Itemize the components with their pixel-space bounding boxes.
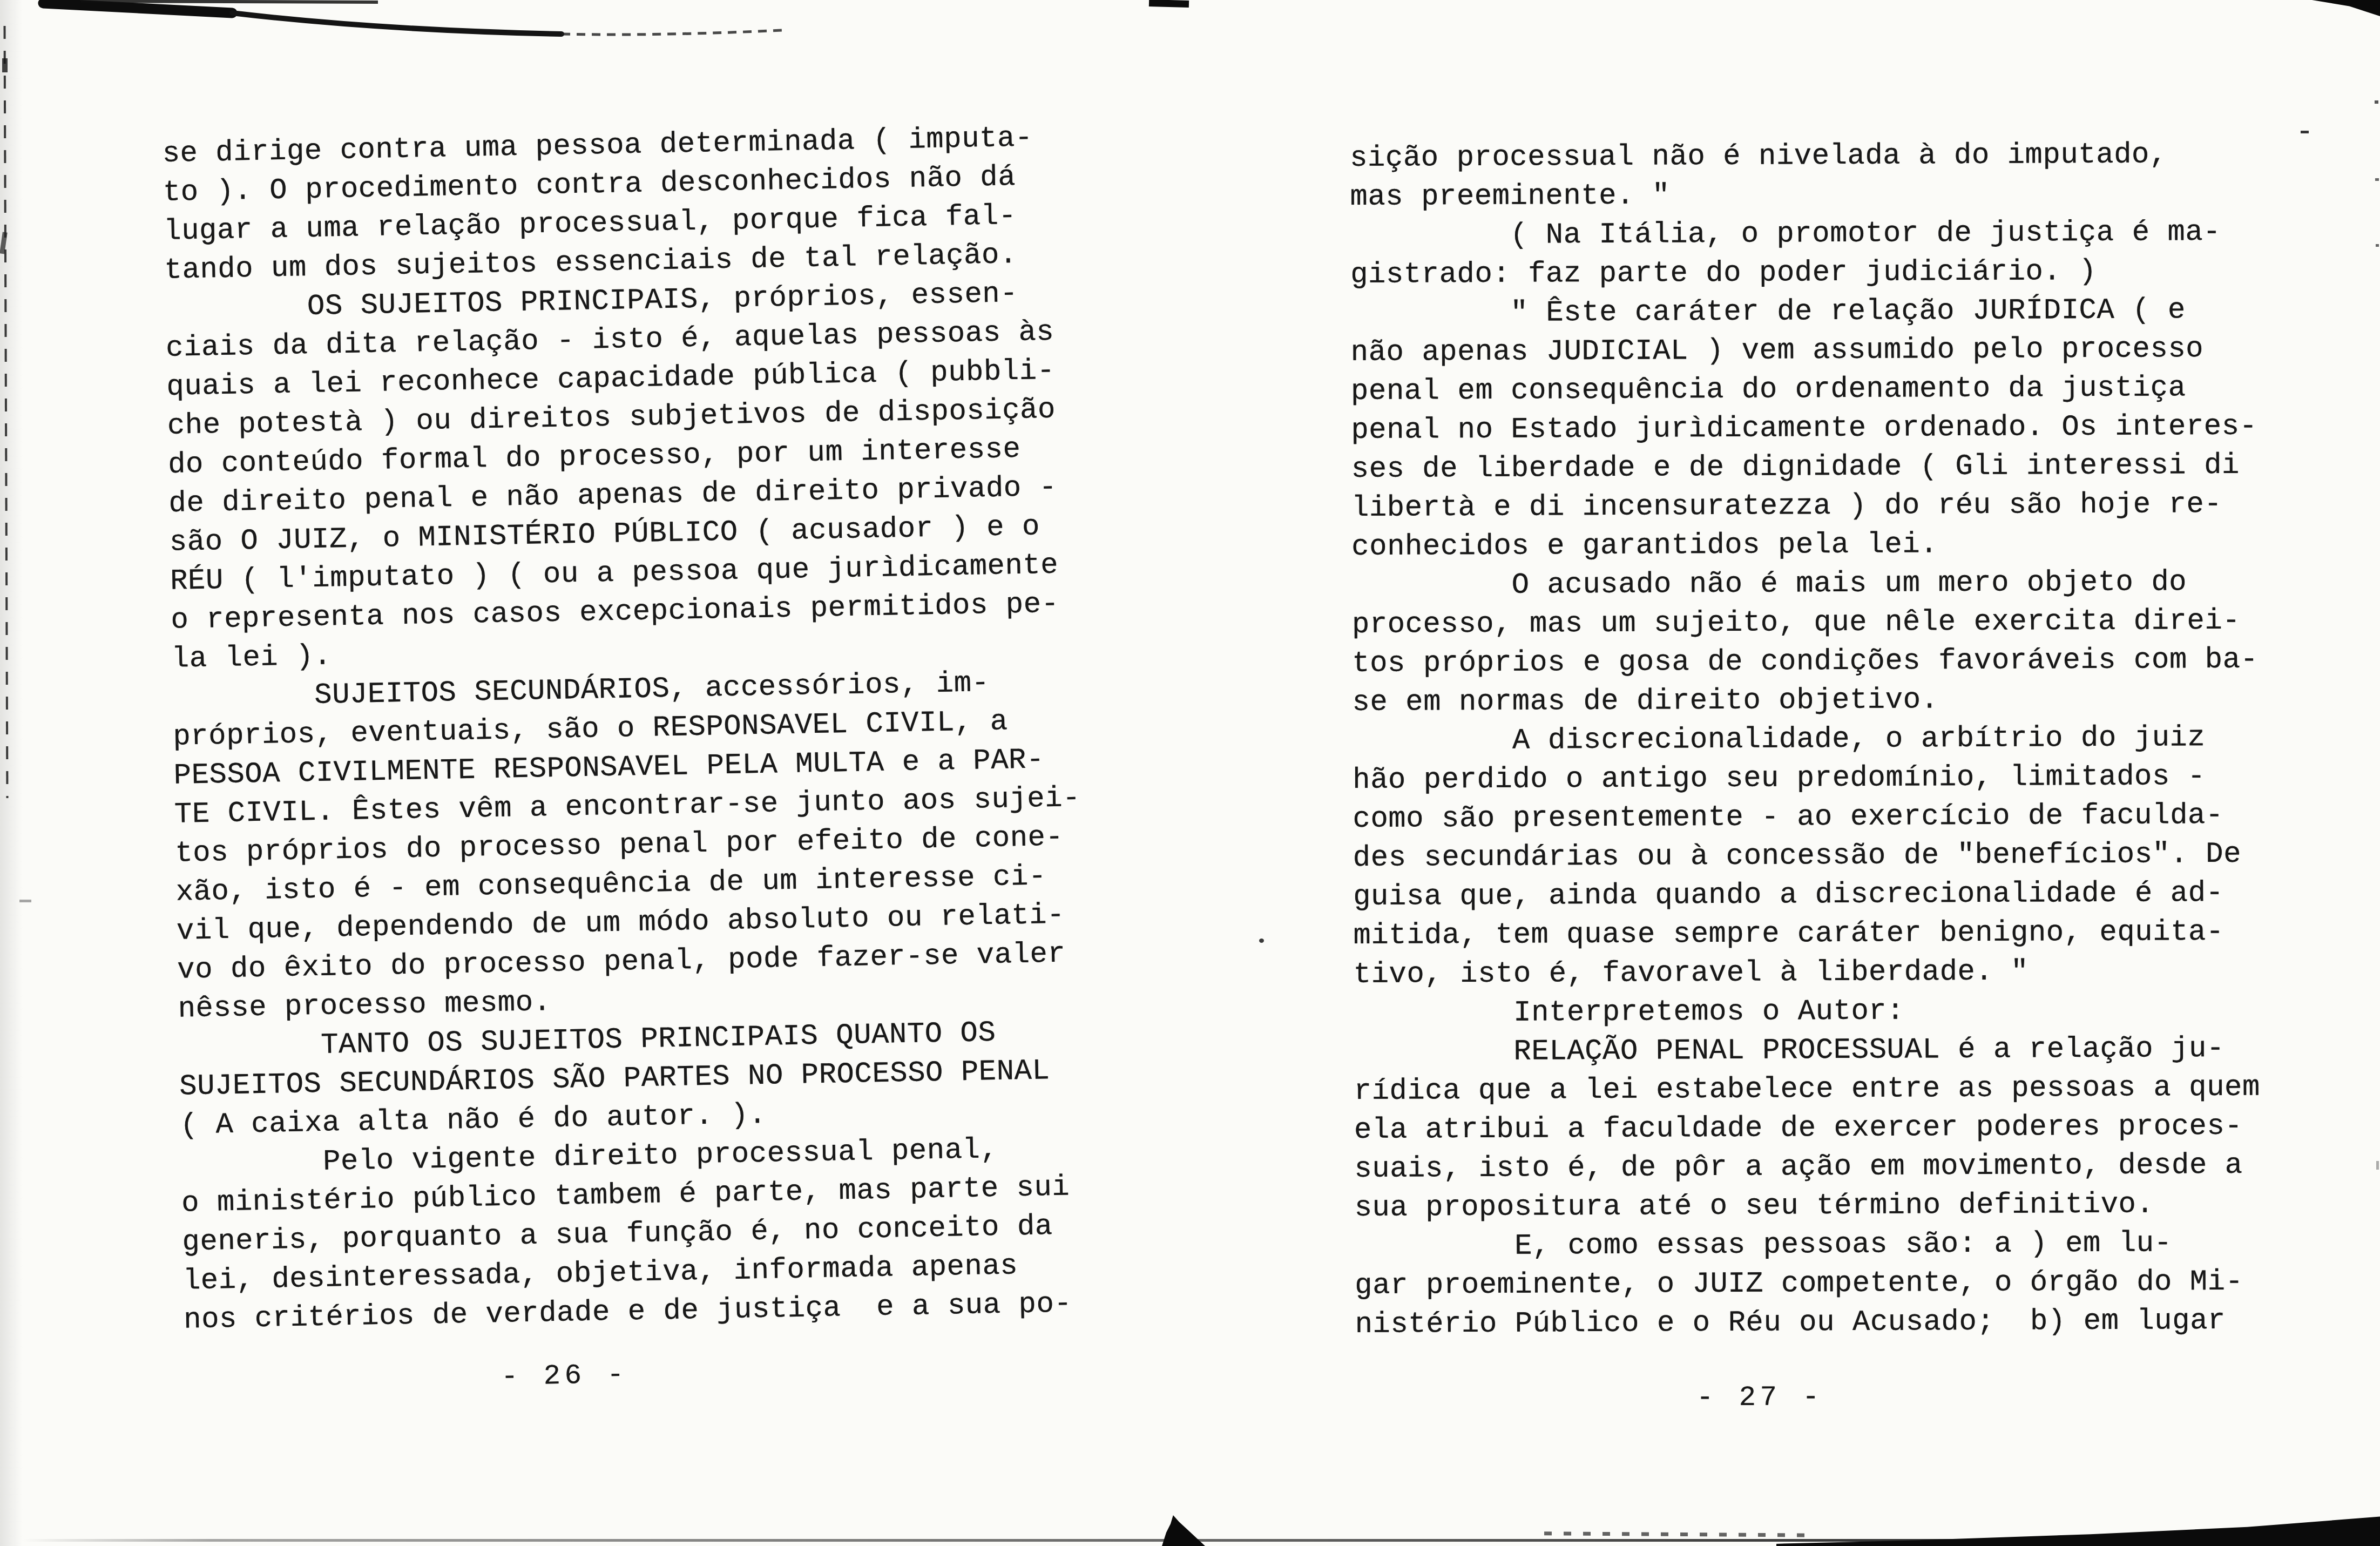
scan-left-edge-line	[4, 26, 9, 798]
text-line: penal no Estado jurìdicamente ordenado. …	[1351, 407, 2280, 450]
text-line: ela atribui a faculdade de exercer poder…	[1354, 1107, 2283, 1150]
scanned-book-spread: { "scan": { "paper_color": "#fbfbf8", "i…	[0, 0, 2380, 1546]
text-line: guisa que, ainda quando a discrecionalid…	[1353, 874, 2282, 917]
text-line: conhecidos e garantidos pela lei.	[1351, 524, 2280, 567]
text-line: se em normas de direito objetivo.	[1352, 679, 2281, 723]
scan-left-gray-band	[0, 0, 23, 1546]
text-line: " Êste caráter de relação JURÍDICA ( e	[1350, 291, 2279, 334]
scan-bottom-edge-line	[22, 1539, 2380, 1542]
scan-bottom-right-wedge	[1776, 1509, 2380, 1546]
scan-speck	[2301, 131, 2309, 133]
page-left: se dirige contra uma pessoa determinada …	[162, 118, 1113, 1340]
scan-speck	[2376, 1161, 2379, 1170]
text-line: gistrado: faz parte do poder judiciário.…	[1350, 252, 2279, 295]
text-line: não apenas JUDICIAL ) vem assumido pelo …	[1351, 329, 2280, 373]
page-right-text: sição processual não é nivelada à do imp…	[1350, 135, 2284, 1344]
scan-speck	[19, 900, 31, 902]
text-line: A discrecionalidade, o arbítrio do juiz	[1353, 718, 2281, 761]
page-right: sição processual não é nivelada à do imp…	[1350, 135, 2284, 1344]
text-line: tos próprios e gosa de condições favoráv…	[1352, 640, 2281, 684]
scan-speck	[0, 232, 8, 254]
page-number-right: - 27 -	[1696, 1381, 1823, 1414]
text-line: mitida, tem quase sempre caráter benigno…	[1353, 913, 2282, 956]
scan-speck	[2375, 100, 2378, 104]
text-line: ( Na Itália, o promotor de justiça é ma-	[1350, 213, 2279, 256]
text-line: sição processual não é nivelada à do imp…	[1350, 135, 2278, 178]
text-line: rídica que a lei estabelece entre as pes…	[1354, 1068, 2283, 1111]
scan-speck	[2, 58, 8, 72]
text-line: gar proeminente, o JUIZ competente, o ór…	[1355, 1263, 2283, 1306]
text-line: tivo, isto é, favoravel à liberdade. "	[1354, 951, 2282, 995]
text-line: des secundárias ou à concessão de "benef…	[1353, 835, 2282, 878]
text-line: como são presentemente - ao exercício de…	[1353, 796, 2281, 839]
text-line: hão perdido o antigo seu predomínio, lim…	[1353, 757, 2281, 800]
text-line: E, como essas pessoas são: a ) em lu-	[1355, 1224, 2283, 1267]
scan-top-dash	[1149, 0, 1189, 8]
scan-top-right-wedge	[2312, 0, 2380, 16]
text-line: libertà e di incensuratezza ) do réu são…	[1351, 485, 2280, 528]
scan-top-left-streak	[32, 0, 842, 59]
text-line: Interpretemos o Autor:	[1354, 990, 2282, 1034]
text-line: suais, isto é, de pôr a ação em moviment…	[1354, 1146, 2283, 1189]
text-line: ses de liberdade e de dignidade ( Gli in…	[1351, 446, 2280, 489]
text-line: O acusado não é mais um mero objeto do	[1351, 563, 2280, 606]
scan-bottom-speckles	[1544, 1531, 1814, 1537]
scan-bottom-blob	[1162, 1515, 1205, 1546]
page-left-text: se dirige contra uma pessoa determinada …	[162, 118, 1113, 1340]
text-line: sua propositura até o seu término defini…	[1354, 1185, 2283, 1228]
text-line: mas preeminente. "	[1350, 174, 2278, 217]
scan-speck	[2376, 244, 2379, 247]
text-line: penal em consequência do ordenamento da …	[1351, 368, 2280, 411]
text-line: RELAÇÃO PENAL PROCESSUAL é a relação ju-	[1354, 1029, 2282, 1072]
text-line: nistério Público e o Réu ou Acusado; b) …	[1355, 1301, 2283, 1345]
scan-speck	[2375, 178, 2379, 181]
page-number-left: - 26 -	[501, 1359, 628, 1393]
scan-gutter-dot	[1259, 939, 1264, 943]
text-line: processo, mas um sujeito, que nêle exerc…	[1352, 602, 2281, 645]
